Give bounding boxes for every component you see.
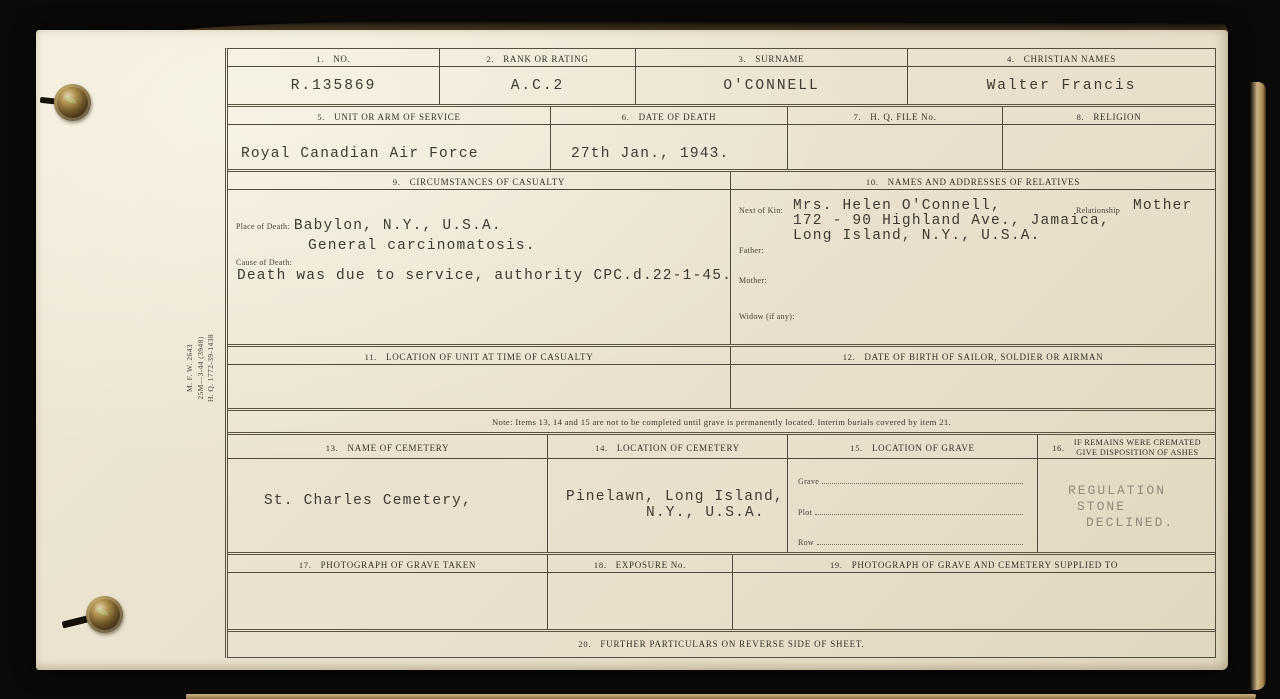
field-religion-value <box>1003 125 1215 169</box>
row-label: Row <box>798 538 814 547</box>
next-of-kin-value: Mrs. Helen O'Connell, 172 - 90 Highland … <box>793 199 1110 244</box>
field-unit-value: Royal Canadian Air Force <box>228 125 550 169</box>
field-photo-taken-header: 17. PHOTOGRAPH OF GRAVE TAKEN <box>228 555 547 573</box>
field-unit-label: UNIT OR ARM OF SERVICE <box>334 112 461 122</box>
field-no-number: 1. <box>316 54 324 64</box>
field-cemetery-name-header: 13. NAME OF CEMETERY <box>228 435 547 459</box>
field-unit-location-cell: 11. LOCATION OF UNIT AT TIME OF CASUALTY <box>228 347 731 408</box>
field-date-of-death-label: DATE OF DEATH <box>639 112 717 122</box>
field-religion-cell: 8. RELIGION <box>1003 107 1215 169</box>
next-of-kin-line-3: Long Island, N.Y., U.S.A. <box>793 229 1110 244</box>
field-hq-file-label: H. Q. FILE No. <box>870 112 936 122</box>
plot-dotted-leader <box>815 506 1023 515</box>
field-circumstances-cell: 9. CIRCUMSTANCES OF CASUALTY Place of De… <box>228 172 731 344</box>
field-unit-number: 5. <box>317 112 325 122</box>
field-cremation-label-line-2: GIVE DISPOSITION OF ASHES <box>1074 448 1201 458</box>
field-hq-file-header: 7. H. Q. FILE No. <box>788 107 1002 125</box>
field-date-of-death-number: 6. <box>622 112 630 122</box>
field-no-value: R.135869 <box>228 67 439 104</box>
field-photo-supplied-cell: 19. PHOTOGRAPH OF GRAVE AND CEMETERY SUP… <box>733 555 1215 629</box>
field-date-of-birth-header: 12. DATE OF BIRTH OF SAILOR, SOLDIER OR … <box>731 347 1215 365</box>
field-surname-number: 3. <box>739 54 747 64</box>
field-further-particulars-label: FURTHER PARTICULARS ON REVERSE SIDE OF S… <box>600 639 864 657</box>
brass-fastener-bottom <box>86 596 123 633</box>
stamp-line-2: STONE <box>1068 499 1174 515</box>
regulation-stone-declined-stamp: REGULATION STONE DECLINED. <box>1068 483 1174 531</box>
plot-label: Plot <box>798 508 812 517</box>
grave-label: Grave <box>798 477 819 486</box>
page-stack-right-edge <box>1250 82 1266 690</box>
field-exposure-cell: 18. EXPOSURE No. <box>548 555 733 629</box>
field-cemetery-name-value: St. Charles Cemetery, <box>264 493 472 509</box>
field-hq-file-number: 7. <box>853 112 861 122</box>
page-stack-bottom-edge <box>186 694 1256 699</box>
field-cremation-label-line-1: IF REMAINS WERE CREMATED <box>1074 438 1201 448</box>
field-rank-header: 2. RANK OR RATING <box>440 49 635 67</box>
diagnosis-value: General carcinomatosis. <box>308 238 536 254</box>
field-no-label: NO. <box>333 54 350 64</box>
imprint-line-3: H. Q. 1772-39-1438 <box>206 316 217 420</box>
field-date-of-birth-label: DATE OF BIRTH OF SAILOR, SOLDIER OR AIRM… <box>864 352 1103 362</box>
field-exposure-label: EXPOSURE No. <box>616 560 686 570</box>
field-unit-cell: 5. UNIT OR ARM OF SERVICE Royal Canadian… <box>228 107 551 169</box>
field-exposure-number: 18. <box>594 560 607 570</box>
field-surname-label: SURNAME <box>755 54 804 64</box>
imprint-line-1: M. F. W. 2643 <box>185 316 196 420</box>
field-rank-number: 2. <box>486 54 494 64</box>
stamp-line-1: REGULATION <box>1068 483 1174 499</box>
brass-fastener-top <box>54 84 91 121</box>
row-line: Row <box>798 536 1025 547</box>
relationship-value: Mother <box>1133 198 1192 214</box>
field-religion-label: RELIGION <box>1093 112 1141 122</box>
next-of-kin-label: Next of Kin: <box>739 206 783 215</box>
field-surname-header: 3. SURNAME <box>636 49 907 67</box>
printers-imprint: M. F. W. 2643 25M—3-44 (3948) H. Q. 1772… <box>185 316 219 420</box>
field-cemetery-location-line-1: Pinelawn, Long Island, <box>566 489 784 505</box>
field-date-of-birth-cell: 12. DATE OF BIRTH OF SAILOR, SOLDIER OR … <box>731 347 1215 408</box>
form-note: Note: Items 13, 14 and 15 are not to be … <box>228 411 1215 435</box>
field-photo-taken-label: PHOTOGRAPH OF GRAVE TAKEN <box>321 560 477 570</box>
plot-line: Plot <box>798 506 1025 517</box>
form-row-1: 1. NO. R.135869 2. RANK OR RATING A.C.2 … <box>228 49 1215 107</box>
form-row-4: 11. LOCATION OF UNIT AT TIME OF CASUALTY… <box>228 347 1215 411</box>
field-surname-value: O'CONNELL <box>636 67 907 104</box>
cause-of-death-label: Cause of Death: <box>236 258 292 267</box>
field-cemetery-location-cell: 14. LOCATION OF CEMETERY Pinelawn, Long … <box>548 435 788 552</box>
field-hq-file-value <box>788 125 1002 169</box>
form-row-6: 17. PHOTOGRAPH OF GRAVE TAKEN 18. EXPOSU… <box>228 555 1215 632</box>
field-cemetery-location-header: 14. LOCATION OF CEMETERY <box>548 435 787 459</box>
field-photo-taken-number: 17. <box>299 560 312 570</box>
fastener-glint <box>63 94 78 105</box>
field-unit-location-header: 11. LOCATION OF UNIT AT TIME OF CASUALTY <box>228 347 730 365</box>
field-christian-names-number: 4. <box>1007 54 1015 64</box>
field-rank-cell: 2. RANK OR RATING A.C.2 <box>440 49 636 104</box>
casualty-form-table: 1. NO. R.135869 2. RANK OR RATING A.C.2 … <box>225 48 1216 658</box>
field-grave-location-header: 15. LOCATION OF GRAVE <box>788 435 1037 459</box>
field-circumstances-number: 9. <box>393 177 401 187</box>
field-cemetery-location-line-2: N.Y., U.S.A. <box>646 505 765 521</box>
field-cremation-cell: 16. IF REMAINS WERE CREMATED GIVE DISPOS… <box>1038 435 1215 552</box>
field-cremation-number: 16. <box>1052 443 1065 453</box>
field-christian-names-value: Walter Francis <box>908 67 1215 104</box>
field-grave-location-label: LOCATION OF GRAVE <box>872 443 975 453</box>
field-rank-label: RANK OR RATING <box>503 54 588 64</box>
field-surname-cell: 3. SURNAME O'CONNELL <box>636 49 908 104</box>
field-religion-header: 8. RELIGION <box>1003 107 1215 125</box>
form-row-5: 13. NAME OF CEMETERY St. Charles Cemeter… <box>228 435 1215 555</box>
field-date-of-birth-number: 12. <box>843 352 856 362</box>
field-no-cell: 1. NO. R.135869 <box>228 49 440 104</box>
widow-label: Widow (if any): <box>739 312 795 321</box>
field-relatives-number: 10. <box>866 177 879 187</box>
field-cemetery-name-cell: 13. NAME OF CEMETERY St. Charles Cemeter… <box>228 435 548 552</box>
field-cemetery-location-number: 14. <box>595 443 608 453</box>
field-hq-file-cell: 7. H. Q. FILE No. <box>788 107 1003 169</box>
cause-of-death-value: Death was due to service, authority CPC.… <box>237 268 732 284</box>
next-of-kin-line-2: 172 - 90 Highland Ave., Jamaica, <box>793 214 1110 229</box>
imprint-line-2: 25M—3-44 (3948) <box>196 316 207 420</box>
field-rank-value: A.C.2 <box>440 67 635 104</box>
field-unit-header: 5. UNIT OR ARM OF SERVICE <box>228 107 550 125</box>
grave-line: Grave <box>798 475 1025 486</box>
next-of-kin-line-1: Mrs. Helen O'Connell, <box>793 199 1110 214</box>
form-row-3: 9. CIRCUMSTANCES OF CASUALTY Place of De… <box>228 172 1215 347</box>
field-relatives-label: NAMES AND ADDRESSES OF RELATIVES <box>888 177 1080 187</box>
field-cemetery-name-label: NAME OF CEMETERY <box>348 443 450 453</box>
field-relatives-cell: 10. NAMES AND ADDRESSES OF RELATIVES Nex… <box>731 172 1215 344</box>
field-photo-taken-cell: 17. PHOTOGRAPH OF GRAVE TAKEN <box>228 555 548 629</box>
place-of-death-label: Place of Death: <box>236 222 290 231</box>
field-circumstances-header: 9. CIRCUMSTANCES OF CASUALTY <box>228 172 730 190</box>
field-date-of-death-header: 6. DATE OF DEATH <box>551 107 787 125</box>
field-exposure-header: 18. EXPOSURE No. <box>548 555 732 573</box>
relationship-label: Relationship <box>1076 206 1120 215</box>
field-relatives-header: 10. NAMES AND ADDRESSES OF RELATIVES <box>731 172 1215 190</box>
field-circumstances-label: CIRCUMSTANCES OF CASUALTY <box>410 177 565 187</box>
stamp-line-3: DECLINED. <box>1068 515 1174 531</box>
form-row-2: 5. UNIT OR ARM OF SERVICE Royal Canadian… <box>228 107 1215 172</box>
place-of-death-value: Babylon, N.Y., U.S.A. <box>294 218 502 234</box>
scanned-casualty-card: { "colors": { "background": "#0b0a08", "… <box>0 0 1280 699</box>
field-unit-location-label: LOCATION OF UNIT AT TIME OF CASUALTY <box>386 352 593 362</box>
field-photo-supplied-label: PHOTOGRAPH OF GRAVE AND CEMETERY SUPPLIE… <box>852 560 1118 570</box>
field-no-header: 1. NO. <box>228 49 439 67</box>
grave-dotted-leader <box>822 475 1023 484</box>
field-christian-names-header: 4. CHRISTIAN NAMES <box>908 49 1215 67</box>
place-of-death-line: Place of Death: Babylon, N.Y., U.S.A. <box>236 218 502 234</box>
field-cremation-header: 16. IF REMAINS WERE CREMATED GIVE DISPOS… <box>1038 435 1215 459</box>
field-christian-names-label: CHRISTIAN NAMES <box>1024 54 1116 64</box>
field-cemetery-location-label: LOCATION OF CEMETERY <box>617 443 740 453</box>
field-further-particulars: 20. FURTHER PARTICULARS ON REVERSE SIDE … <box>228 632 1215 658</box>
field-religion-number: 8. <box>1077 112 1085 122</box>
row-dotted-leader <box>817 536 1023 545</box>
fastener-glint <box>95 606 110 617</box>
father-label: Father: <box>739 246 764 255</box>
mother-label: Mother: <box>739 276 767 285</box>
field-further-particulars-number: 20. <box>578 639 591 657</box>
field-photo-supplied-number: 19. <box>830 560 843 570</box>
field-date-of-death-cell: 6. DATE OF DEATH 27th Jan., 1943. <box>551 107 788 169</box>
field-grave-location-number: 15. <box>850 443 863 453</box>
field-unit-location-number: 11. <box>365 352 377 362</box>
field-photo-supplied-header: 19. PHOTOGRAPH OF GRAVE AND CEMETERY SUP… <box>733 555 1215 573</box>
field-cemetery-name-number: 13. <box>326 443 339 453</box>
field-grave-location-cell: 15. LOCATION OF GRAVE Grave Plot Row <box>788 435 1038 552</box>
field-christian-names-cell: 4. CHRISTIAN NAMES Walter Francis <box>908 49 1215 104</box>
field-cremation-label: IF REMAINS WERE CREMATED GIVE DISPOSITIO… <box>1074 438 1201 457</box>
field-date-of-death-value: 27th Jan., 1943. <box>551 125 787 169</box>
